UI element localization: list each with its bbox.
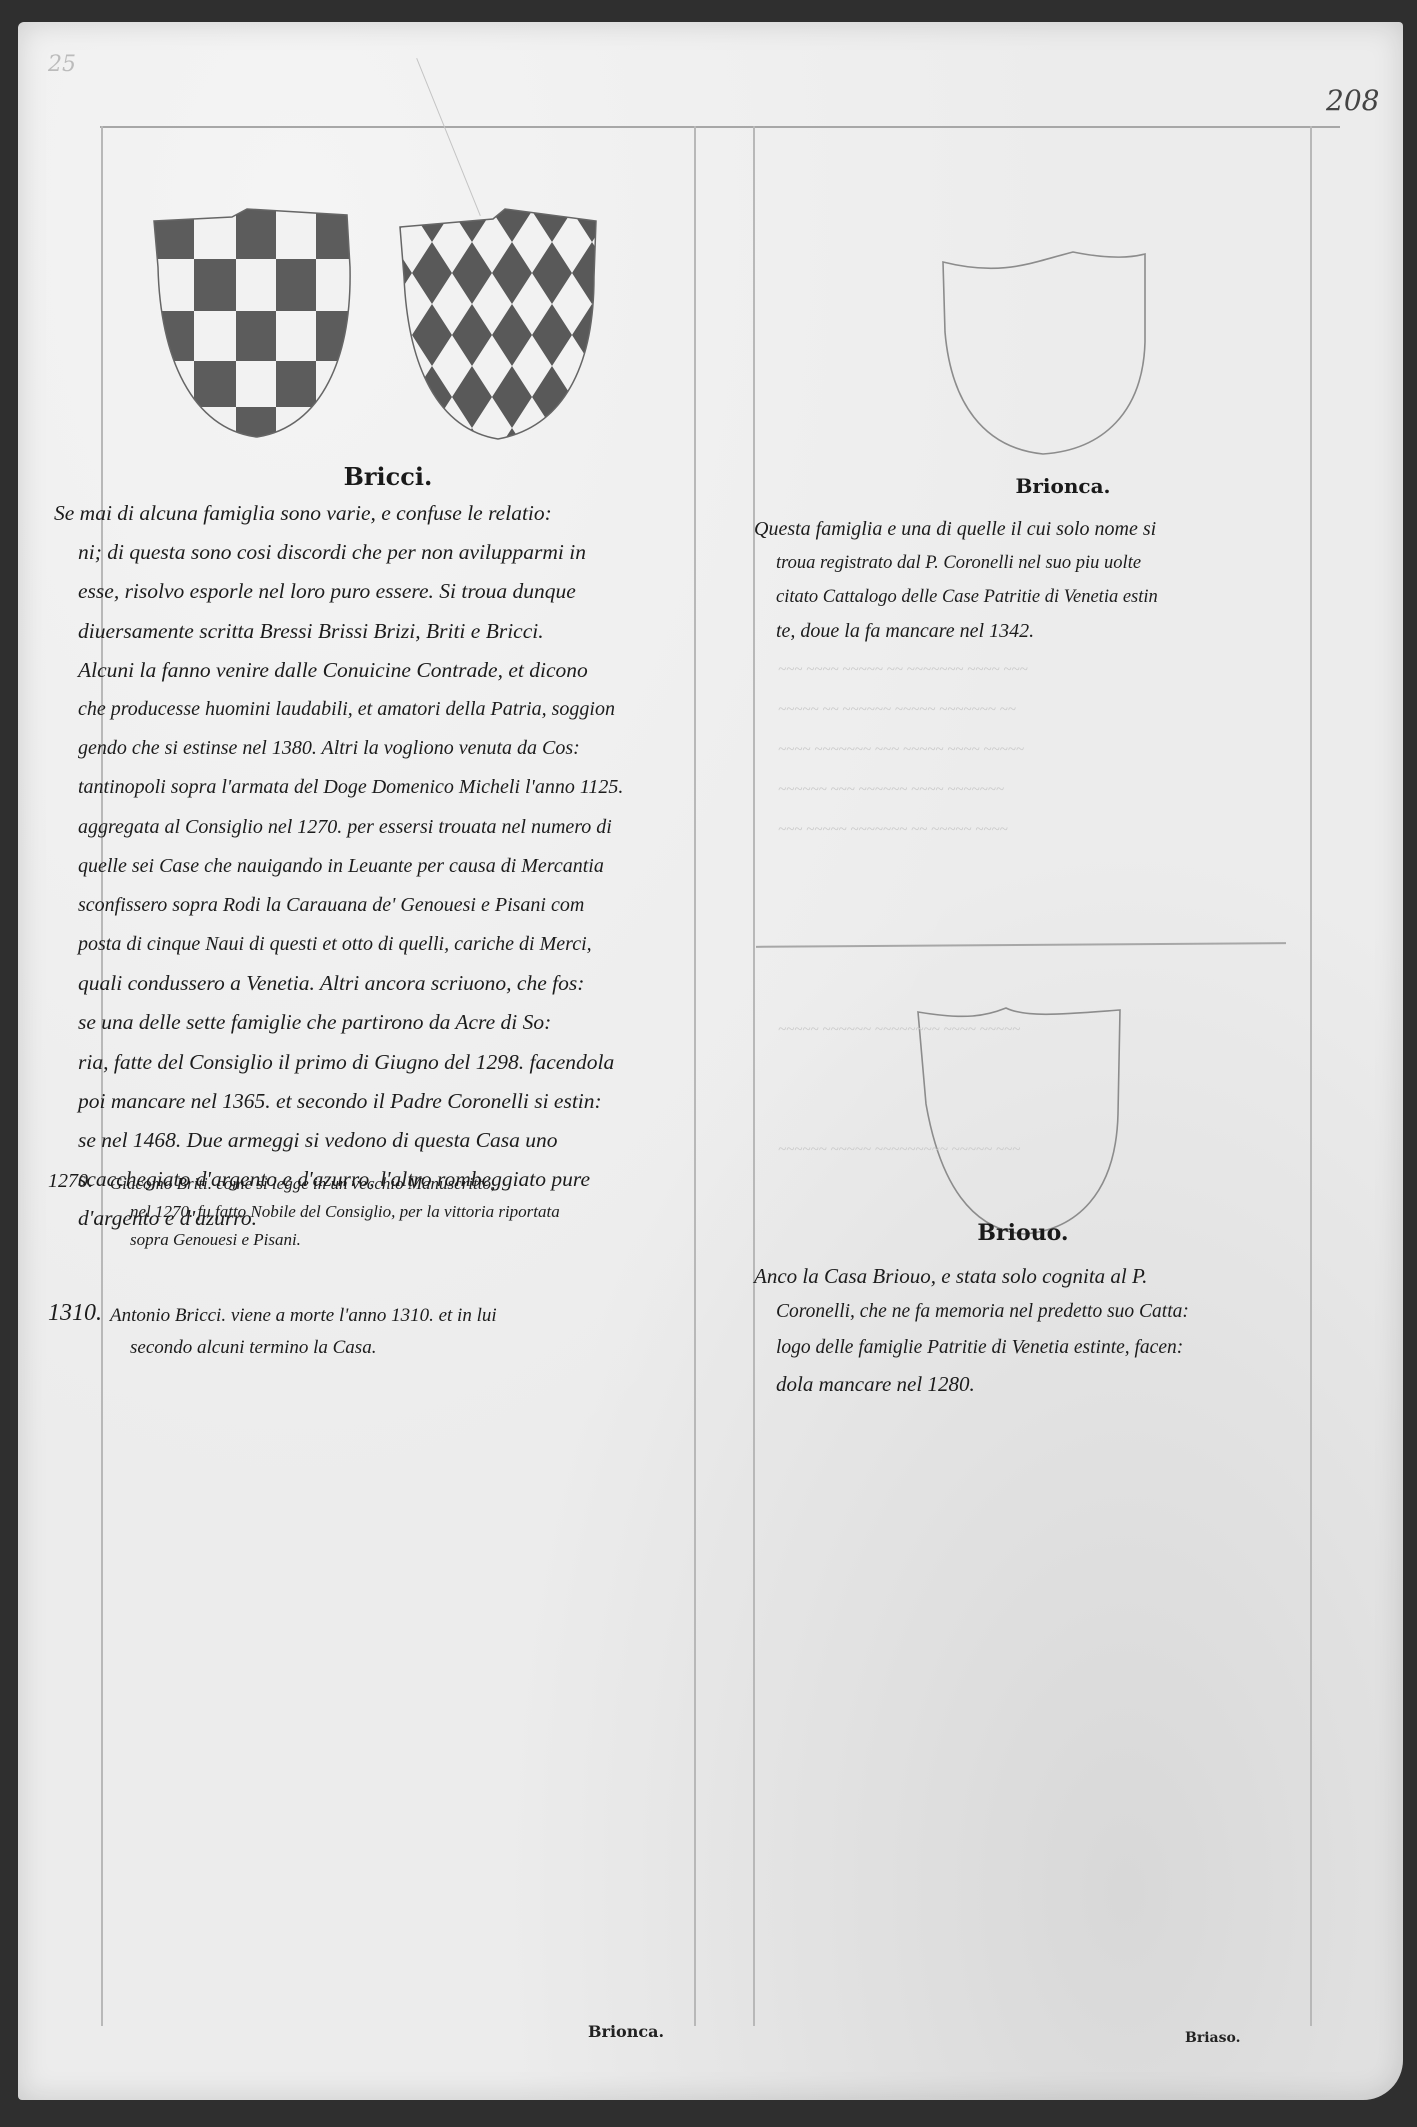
crease-line: [416, 58, 481, 216]
entry-date: 1270.: [48, 1170, 93, 1193]
entry-1270: 1270. Giacomo Briti. come si legge in un…: [48, 1170, 708, 1254]
text-line: diuersamente scritta Bressi Brissi Brizi…: [54, 612, 694, 651]
text-line: citato Cattalogo delle Case Patritie di …: [754, 580, 1314, 614]
catchword-left: Brionca.: [588, 2022, 664, 2041]
text-line: se nel 1468. Due armeggi si vedono di qu…: [54, 1121, 694, 1160]
text-line: Coronelli, che ne fa memoria nel predett…: [754, 1294, 1314, 1330]
section-divider: [756, 942, 1286, 948]
text-line: nel 1270. fu fatto Nobile del Consiglio,…: [48, 1198, 708, 1226]
text-line: quali condussero a Venetia. Altri ancora…: [54, 964, 694, 1003]
text-line: te, doue la fa mancare nel 1342.: [754, 614, 1314, 648]
heading-briouo: Briouo.: [938, 1220, 1108, 1246]
brionca-paragraph: Questa famiglia e una di quelle il cui s…: [754, 512, 1314, 648]
text-line: esse, risolvo esporle nel loro puro esse…: [54, 572, 694, 611]
top-ruling: [100, 126, 1340, 128]
text-line: sconfissero sopra Rodi la Carauana de' G…: [54, 886, 694, 925]
center-ruling-left: [694, 126, 696, 2026]
shield-checky: [152, 207, 362, 442]
text-line: secondo alcuni termino la Casa.: [48, 1332, 708, 1364]
text-line: ria, fatte del Consiglio il primo di Giu…: [54, 1043, 694, 1082]
text-line: quelle sei Case che nauigando in Leuante…: [54, 847, 694, 886]
manuscript-page: 25 208: [18, 22, 1403, 2100]
center-ruling-right: [753, 126, 755, 2026]
text-line: Giacomo Briti. come si legge in un vecch…: [48, 1170, 708, 1198]
text-line: ni; di questa sono cosi discordi che per…: [54, 533, 694, 572]
bricci-paragraph: Se mai di alcuna famiglia sono varie, e …: [54, 494, 694, 1239]
text-line: sopra Genouesi e Pisani.: [48, 1226, 708, 1254]
text-line: Questa famiglia e una di quelle il cui s…: [754, 512, 1314, 546]
text-line: Alcuni la fanno venire dalle Conuicine C…: [54, 651, 694, 690]
bleed-through-text: ~~~~~ ~~~~~~ ~~~~~~~~ ~~~~ ~~~~~: [778, 1022, 1020, 1039]
catchword-right: Briaso.: [1185, 2030, 1240, 2046]
text-line: se una delle sette famiglie che partiron…: [54, 1003, 694, 1042]
text-line: aggregata al Consiglio nel 1270. per ess…: [54, 808, 694, 847]
shield-brionca-empty: [923, 222, 1163, 462]
bleed-through-text: ~~~~~ ~~ ~~~~~~ ~~~~~ ~~~~~~~ ~~: [778, 702, 1016, 719]
text-line: troua registrato dal P. Coronelli nel su…: [754, 546, 1314, 580]
briouo-paragraph: Anco la Casa Briouo, e stata solo cognit…: [754, 1258, 1314, 1402]
text-line: dola mancare nel 1280.: [754, 1366, 1314, 1402]
bleed-through-text: ~~~ ~~~~~ ~~~~~~~ ~~ ~~~~~ ~~~~: [778, 822, 1008, 839]
text-line: che producesse huomini laudabili, et ama…: [54, 690, 694, 729]
text-line: Anco la Casa Briouo, e stata solo cognit…: [754, 1258, 1314, 1294]
text-line: tantinopoli sopra l'armata del Doge Dome…: [54, 768, 694, 807]
bleed-through-text: ~~~ ~~~~ ~~~~~ ~~ ~~~~~~~ ~~~~ ~~~: [778, 662, 1028, 679]
shield-lozengy: [398, 207, 608, 442]
heading-brionca: Brionca.: [978, 474, 1148, 498]
text-line: gendo che si estinse nel 1380. Altri la …: [54, 729, 694, 768]
entry-date: 1310.: [48, 1300, 102, 1327]
text-line: posta di cinque Naui di questi et otto d…: [54, 925, 694, 964]
right-ruling: [1310, 126, 1312, 2026]
bleed-through-text: ~~~~~~ ~~~ ~~~~~~ ~~~~ ~~~~~~~: [778, 782, 1004, 799]
text-line: Se mai di alcuna famiglia sono varie, e …: [54, 494, 694, 533]
text-line: poi mancare nel 1365. et secondo il Padr…: [54, 1082, 694, 1121]
folio-number: 208: [1326, 84, 1379, 117]
entry-1310: 1310. Antonio Bricci. viene a morte l'an…: [48, 1300, 708, 1364]
bleed-through-text: ~~~~ ~~~~~~~ ~~~ ~~~~~ ~~~~ ~~~~~: [778, 742, 1024, 759]
heading-bricci: Bricci.: [318, 462, 458, 491]
text-line: logo delle famiglie Patritie di Venetia …: [754, 1330, 1314, 1366]
text-line: Antonio Bricci. viene a morte l'anno 131…: [48, 1300, 708, 1332]
corner-mark: 25: [48, 52, 76, 77]
bleed-through-text: ~~~~~~ ~~~~~ ~~~~~~~~~ ~~~~~ ~~~: [778, 1142, 1020, 1159]
